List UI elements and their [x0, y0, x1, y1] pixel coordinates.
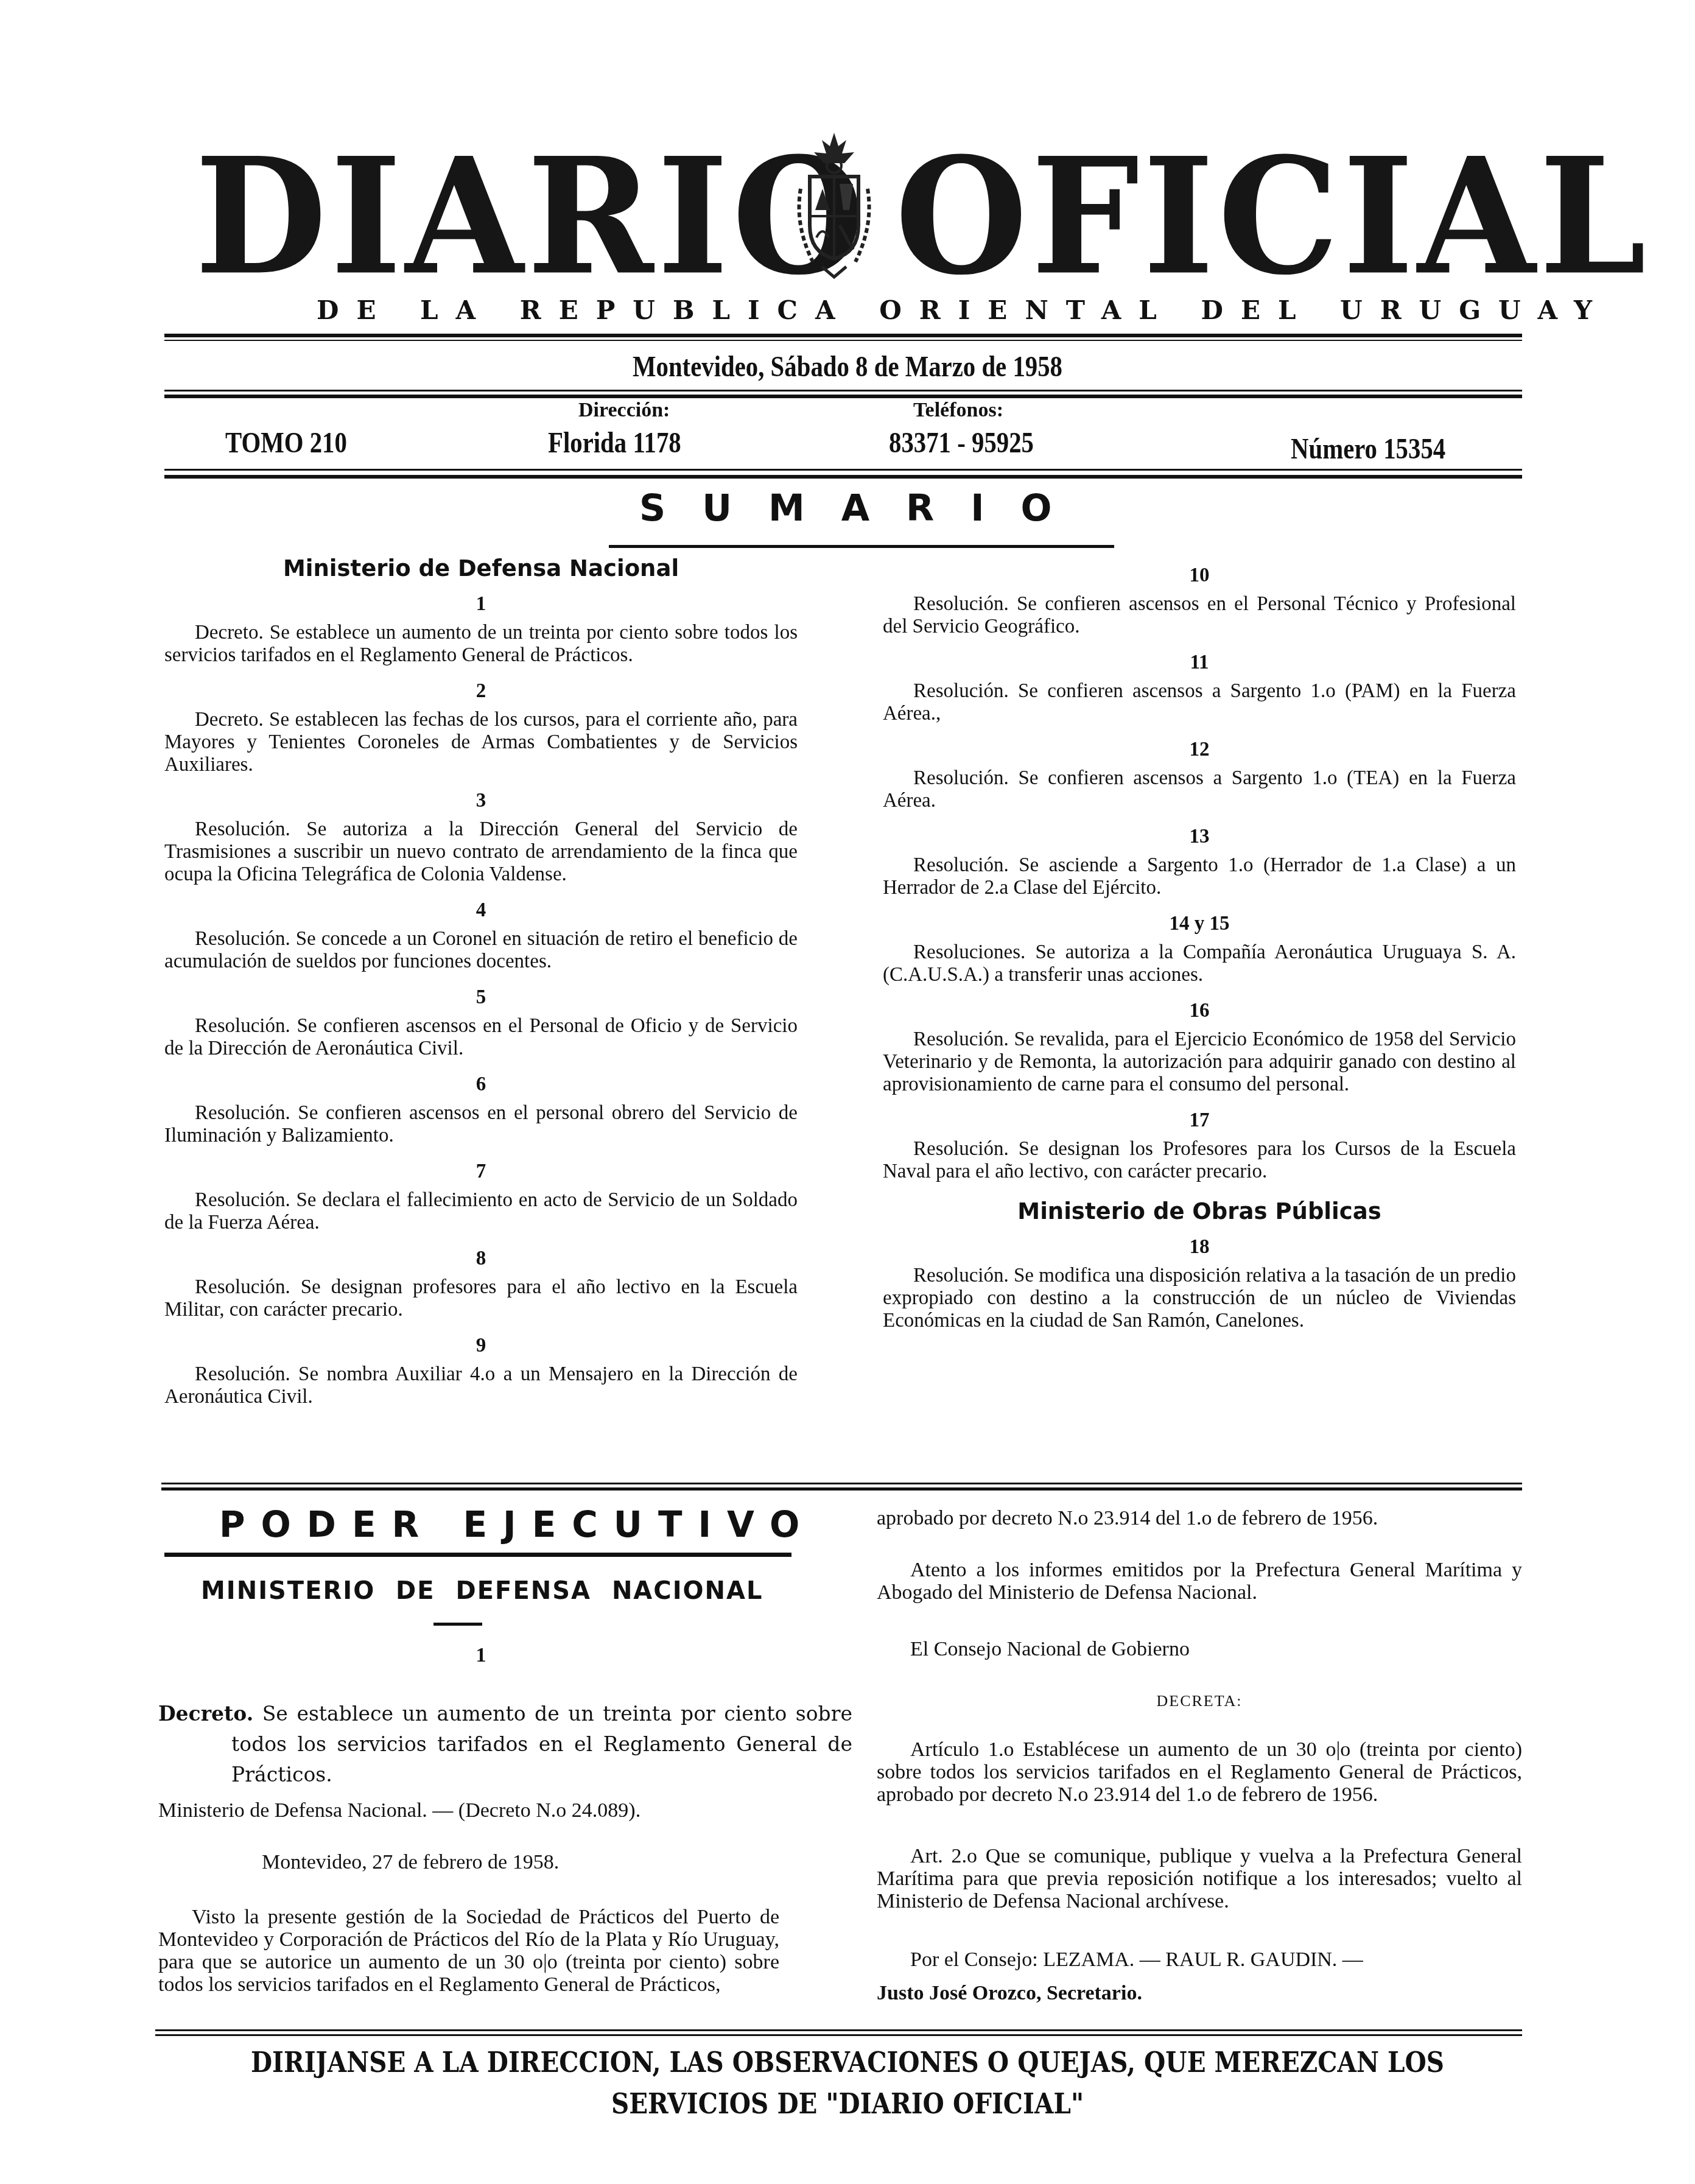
- direccion-label: Dirección:: [578, 399, 670, 422]
- sumario-right-column: 10Resolución. Se confieren ascensos en e…: [883, 551, 1516, 1332]
- coat-of-arms-icon: [788, 128, 880, 280]
- decree-consejo: El Consejo Nacional de Gobierno: [877, 1638, 1522, 1660]
- footer-notice-line-1: DIRIJANSE A LA DIRECCION, LAS OBSERVACIO…: [102, 2046, 1593, 2079]
- dateline: Montevideo, Sábado 8 de Marzo de 1958: [127, 350, 1568, 384]
- sumario-item-number: 8: [164, 1248, 798, 1270]
- masthead-title-right: OFICIAL: [895, 136, 1650, 297]
- decree-article-1: Artículo 1.o Establécese un aumento de u…: [877, 1738, 1522, 1806]
- sumario-item-number: 10: [883, 564, 1516, 587]
- sumario-item-number: 3: [164, 790, 798, 812]
- sumario-item-number: 18: [883, 1236, 1516, 1259]
- decree-reference: Ministerio de Defensa Nacional. — (Decre…: [158, 1799, 798, 1822]
- sumario-item-number: 4: [164, 899, 798, 922]
- ministry-heading: Ministerio de Obras Públicas: [883, 1200, 1516, 1223]
- telefonos-value: 83371 - 95925: [889, 426, 1034, 460]
- sumario-item-number: 16: [883, 1000, 1516, 1022]
- decree-atento: Atento a los informes emitidos por la Pr…: [877, 1559, 1522, 1604]
- decree-visto-cont: aprobado por decreto N.o 23.914 del 1.o …: [877, 1507, 1522, 1529]
- sumario-item: Resolución. Se designan profesores para …: [164, 1276, 798, 1321]
- divider: [164, 390, 1522, 392]
- decree-secretary: Justo José Orozco, Secretario.: [877, 1982, 1522, 2004]
- sumario-heading: SUMARIO: [639, 487, 1089, 530]
- masthead: DIARIO OFICIAL: [164, 128, 1534, 286]
- divider: [609, 545, 1114, 548]
- section-heading: PODER EJECUTIVO: [219, 1504, 815, 1545]
- sumario-item-number: 2: [164, 680, 798, 703]
- divider: [164, 469, 1522, 471]
- divider: [164, 340, 1522, 341]
- sumario-left-column: Ministerio de Defensa Nacional 1Decreto.…: [164, 551, 798, 1408]
- footer-notice-line-2: SERVICIOS DE "DIARIO OFICIAL": [102, 2087, 1593, 2120]
- sumario-item: Resolución. Se nombra Auxiliar 4.o a un …: [164, 1363, 798, 1408]
- sumario-item-number: 14 y 15: [883, 913, 1516, 935]
- decree-summary: Decreto. Se establece un aumento de un t…: [158, 1699, 852, 1790]
- direccion-value: Florida 1178: [548, 426, 681, 460]
- sumario-item: Resolución. Se confieren ascensos a Sarg…: [883, 767, 1516, 812]
- sumario-item-number: 9: [164, 1335, 798, 1357]
- sumario-item: Resolución. Se revalida, para el Ejercic…: [883, 1028, 1516, 1096]
- sumario-item-number: 13: [883, 826, 1516, 848]
- sumario-item: Decreto. Se establecen las fechas de los…: [164, 709, 798, 776]
- sumario-item: Resolución. Se confieren ascensos a Sarg…: [883, 680, 1516, 725]
- sumario-item: Resolución. Se concede a un Coronel en s…: [164, 928, 798, 973]
- telefonos-label: Teléfonos:: [913, 399, 1003, 422]
- sumario-item-number: 11: [883, 651, 1516, 674]
- sumario-item: Resolución. Se confieren ascensos en el …: [164, 1102, 798, 1147]
- sumario-item: Resolución. Se modifica una disposición …: [883, 1265, 1516, 1332]
- sumario-item: Resolución. Se declara el fallecimiento …: [164, 1189, 798, 1234]
- sumario-item: Resolución. Se designan los Profesores p…: [883, 1138, 1516, 1183]
- masthead-subtitle: DE LA REPUBLICA ORIENTAL DEL URUGUAY: [317, 295, 1610, 325]
- divider: [164, 395, 1522, 398]
- divider: [161, 1487, 1522, 1491]
- divider: [164, 334, 1522, 337]
- decree-visto: Visto la presente gestión de la Sociedad…: [158, 1906, 779, 1996]
- ministry-heading: MINISTERIO DE DEFENSA NACIONAL: [201, 1577, 763, 1605]
- decree-decreta: DECRETA:: [877, 1690, 1522, 1712]
- ministry-heading: Ministerio de Defensa Nacional: [164, 557, 798, 580]
- decree-signatures: Por el Consejo: LEZAMA. — RAUL R. GAUDIN…: [877, 1948, 1522, 1971]
- sumario-item-number: 6: [164, 1073, 798, 1096]
- divider: [164, 1553, 791, 1557]
- divider: [433, 1623, 482, 1626]
- decree-number: 1: [164, 1644, 798, 1666]
- issue-number: Número 15354: [1291, 432, 1445, 466]
- divider: [164, 475, 1522, 479]
- sumario-item-number: 12: [883, 739, 1516, 761]
- decree-article-2: Art. 2.o Que se comunique, publique y vu…: [877, 1845, 1522, 1912]
- sumario-item-number: 5: [164, 986, 798, 1009]
- decree-place-date: Montevideo, 27 de febrero de 1958.: [262, 1851, 798, 1873]
- sumario-item: Resoluciones. Se autoriza a la Compañía …: [883, 941, 1516, 986]
- sumario-item: Decreto. Se establece un aumento de un t…: [164, 622, 798, 667]
- sumario-item: Resolución. Se asciende a Sargento 1.o (…: [883, 854, 1516, 899]
- sumario-item-number: 17: [883, 1109, 1516, 1132]
- masthead-title-left: DIARIO: [195, 136, 868, 297]
- tomo: TOMO 210: [225, 426, 347, 460]
- sumario-item: Resolución. Se confieren ascensos en el …: [164, 1015, 798, 1060]
- sumario-item-number: 7: [164, 1160, 798, 1183]
- divider: [155, 2029, 1522, 2031]
- sumario-item: Resolución. Se confieren ascensos en el …: [883, 593, 1516, 638]
- divider: [155, 2034, 1522, 2036]
- divider: [161, 1483, 1522, 1484]
- sumario-item: Resolución. Se autoriza a la Dirección G…: [164, 818, 798, 886]
- sumario-item-number: 1: [164, 593, 798, 616]
